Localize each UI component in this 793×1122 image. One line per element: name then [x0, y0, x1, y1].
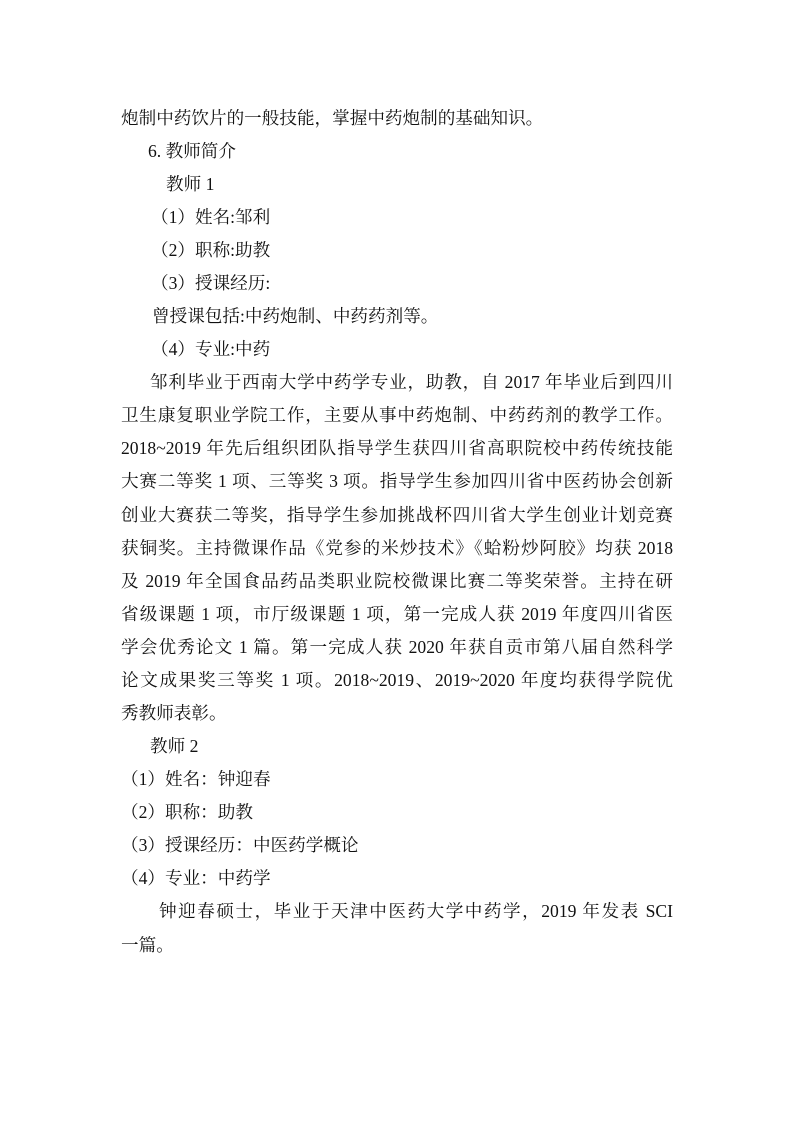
bio-line: 一篇。	[121, 929, 673, 962]
bio-line: 学会优秀论文 1 篇。第一完成人获 2020 年获自贡市第八届自然科学	[121, 631, 673, 664]
teacher-1-heading: 教师 1	[166, 168, 366, 201]
teacher-2-name: （1）姓名：钟迎春	[121, 763, 521, 796]
bio-line: 省级课题 1 项，市厅级课题 1 项，第一完成人获 2019 年度四川省医	[121, 598, 673, 631]
teacher-1-teaching-history-label: （3）授课经历:	[151, 267, 551, 300]
bio-line: 获铜奖。主持微课作品《党参的米炒技术》《蛤粉炒阿胶》均获 2018	[121, 532, 673, 565]
bio-line: 及 2019 年全国食品药品类职业院校微课比赛二等奖荣誉。主持在研	[121, 565, 673, 598]
teacher-1-name: （1）姓名:邹利	[151, 201, 551, 234]
teacher-2-heading: 教师 2	[150, 730, 350, 763]
bio-line: 大赛二等奖 1 项、三等奖 3 项。指导学生参加四川省中医药协会创新	[121, 465, 673, 498]
bio-line: 创业大赛获二等奖，指导学生参加挑战杯四川省大学生创业计划竞赛	[121, 499, 673, 532]
teacher-1-title: （2）职称:助教	[151, 234, 551, 267]
bio-line: 钟迎春硕士，毕业于天津中医药大学中药学，2019 年发表 SCI	[159, 895, 673, 928]
bio-line: 论文成果奖三等奖 1 项。2018~2019、2019~2020 年度均获得学院…	[121, 664, 673, 697]
bio-line: 2018~2019 年先后组织团队指导学生获四川省高职院校中药传统技能	[121, 432, 673, 465]
document-page: 炮制中药饮片的一般技能，掌握中药炮制的基础知识。 6. 教师简介 教师 1 （1…	[0, 0, 793, 1122]
teacher-2-title: （2）职称：助教	[121, 796, 521, 829]
bio-line: 卫生康复职业学院工作，主要从事中药炮制、中药药剂的教学工作。	[121, 399, 673, 432]
teacher-2-teaching-history: （3）授课经历：中医药学概论	[121, 829, 621, 862]
teacher-2-major: （4）专业：中药学	[121, 862, 521, 895]
bio-line: 邹利毕业于西南大学中药学专业，助教，自 2017 年毕业后到四川	[150, 366, 673, 399]
bio-line: 秀教师表彰。	[121, 697, 673, 730]
previous-paragraph-tail: 炮制中药饮片的一般技能，掌握中药炮制的基础知识。	[121, 102, 673, 135]
teacher-1-courses: 曾授课包括:中药炮制、中药药剂等。	[152, 300, 652, 333]
section-heading: 6. 教师简介	[148, 135, 448, 168]
teacher-1-major: （4）专业:中药	[151, 333, 551, 366]
